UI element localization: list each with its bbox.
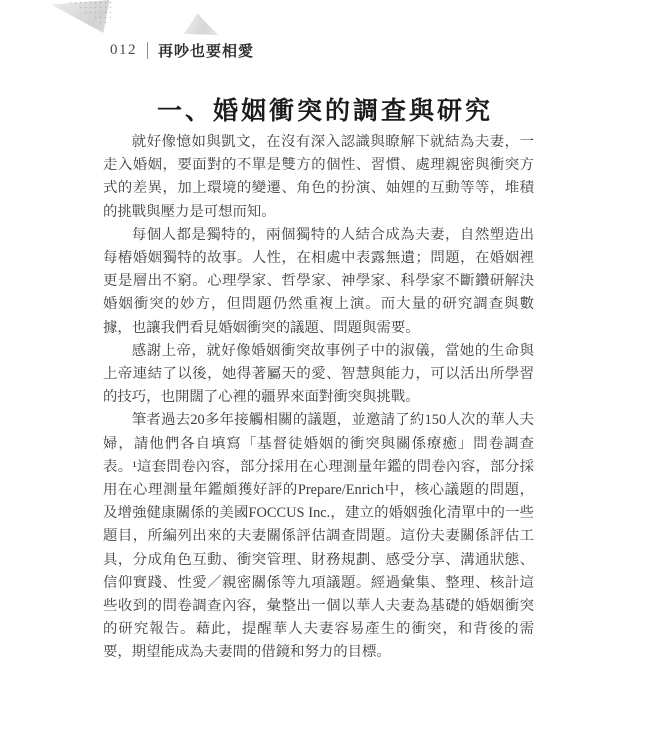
page-number: 012	[110, 42, 137, 59]
header-divider	[147, 42, 148, 59]
paragraph-2: 每個人都是獨特的，兩個獨特的人結合成為夫妻，自然塑造出每樁婚姻獨特的故事。人性，…	[103, 224, 534, 340]
corner-decoration-triangle-icon	[50, 0, 112, 33]
book-page: 012 再吵也要相愛 一、婚姻衝突的調查與研究 就好像憶如與凱文，在沒有深入認識…	[0, 0, 650, 750]
chapter-body: 就好像憶如與凱文，在沒有深入認識與瞭解下就結為夫妻，一走入婚姻，要面對的不單是雙…	[103, 131, 534, 665]
paragraph-1: 就好像憶如與凱文，在沒有深入認識與瞭解下就結為夫妻，一走入婚姻，要面對的不單是雙…	[103, 131, 534, 224]
running-header: 012 再吵也要相愛	[110, 40, 254, 61]
corner-decoration-dots-icon	[63, 0, 115, 30]
corner-decoration-small-triangle-icon	[184, 13, 218, 35]
paragraph-3: 感謝上帝，就好像婚姻衝突故事例子中的淑儀，當她的生命與上帝連結了以後，她得著屬天…	[103, 340, 534, 410]
book-title: 再吵也要相愛	[158, 40, 254, 61]
chapter-title: 一、婚姻衝突的調查與研究	[0, 91, 650, 127]
paragraph-4: 筆者過去20多年接觸相關的議題，並邀請了約150人次的華人夫婦，請他們各自填寫「…	[103, 409, 534, 664]
